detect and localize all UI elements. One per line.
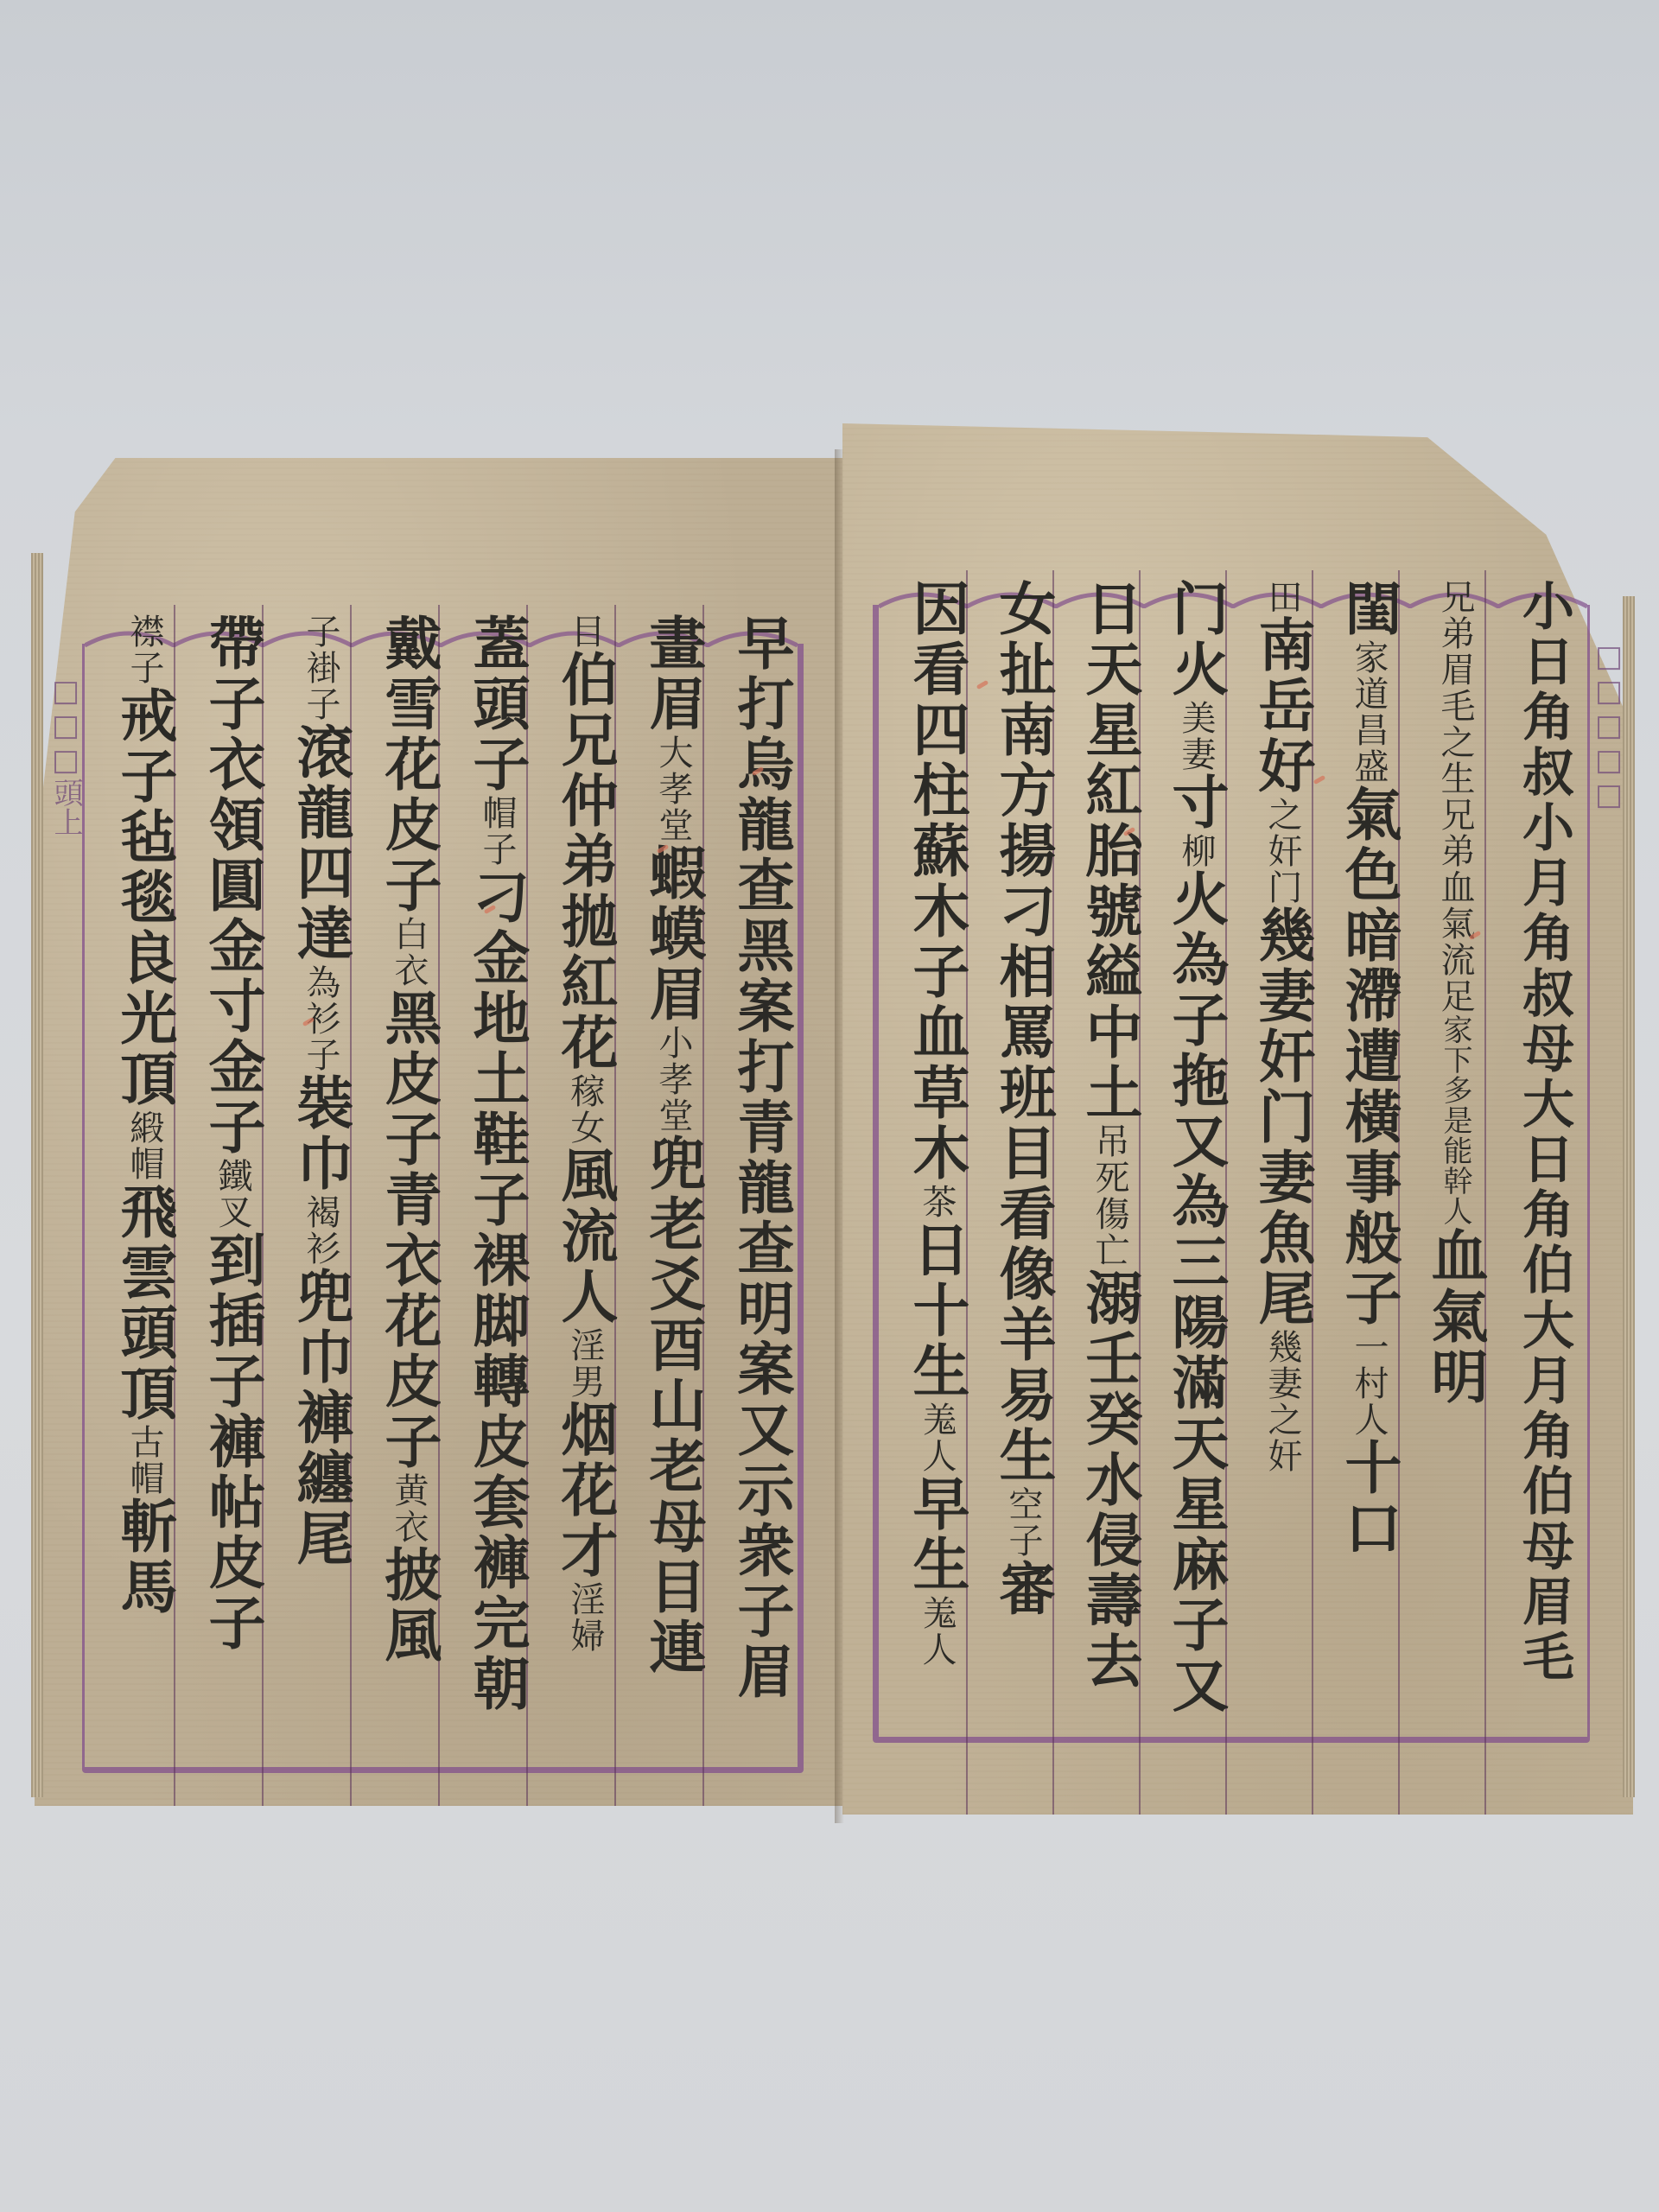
column-text: 因看四柱蘇木子血草木 [903,579,970,1184]
annotation-text: 兄弟眉毛之生兄弟血氣流足 [1435,579,1475,1014]
column-text: 飛雲頭頂 [111,1182,178,1424]
text-column: 门火美妻寸柳火為子拖又為三陽滿天星麻子又 [1139,570,1225,1815]
annotation-text: 鐵叉 [213,1158,252,1230]
column-text: 日天星紅胎號縊中土 [1076,579,1143,1123]
column-text: 女扯南方揚刁相罵班目看像羊易生 [989,579,1057,1486]
annotation-text: 古帽 [124,1424,164,1497]
right-margin-print: □□□□□ [1592,639,1626,812]
column-text: 日十生 [903,1220,970,1402]
annotation-text: 家下多是能幹人 [1438,1014,1472,1226]
text-column: 目伯兄仲弟拋紅花稼女風流人淫男烟花才淫婦 [526,605,614,1806]
book-gutter [835,449,850,1823]
column-text: 黑皮子青衣花皮子 [375,988,442,1472]
column-text: 早生 [903,1474,970,1595]
annotation-text: 柳 [1176,833,1216,869]
column-text: 風流人 [551,1146,619,1327]
column-text: 烟花才 [551,1400,619,1581]
column-text: 刁金地土鞋子裸脚轉皮套褲完朝 [463,868,531,1714]
annotation-text: 田 [1262,579,1302,615]
column-text: 閨 [1335,579,1402,639]
annotation-text: 淫婦 [565,1581,605,1654]
annotation-text: 淫男 [565,1327,605,1400]
annotation-text: 吊死傷亡 [1090,1123,1129,1268]
annotation-text: 一村人 [1349,1329,1389,1438]
annotation-text: 稼女 [565,1073,605,1146]
text-column: 女扯南方揚刁相罵班目看像羊易生空子審 [966,570,1052,1815]
column-text: 滾龍四達 [287,722,354,964]
column-text: 審 [989,1559,1057,1619]
annotation-text: 目 [565,613,605,650]
text-column: 蓋頭子帽子刁金地土鞋子裸脚轉皮套褲完朝 [438,605,526,1806]
column-text: 兜老爻酉山老母目連 [639,1134,707,1678]
annotation-text: 美妻 [1176,700,1216,772]
annotation-text: 大孝堂 [653,734,693,843]
left-margin-print: □□□頭上 [45,674,87,836]
left-page-stack-edge [31,553,43,1797]
column-text: 寸 [1162,772,1230,833]
column-text: 帶子衣領圓金寸金子 [199,613,266,1158]
text-column: 早打烏龍查黑案打青龍查明案又示衆子眉 [702,605,791,1806]
column-text: 戒子毡毯良光頂 [111,686,178,1109]
annotation-text: 褐衫 [301,1194,340,1267]
column-text: 兜巾褲纏尾 [287,1267,354,1569]
annotation-text: 白衣 [389,916,429,988]
text-column: 子褂子滾龍四達為衫子裝巾褐衫兜巾褲纏尾 [262,605,350,1806]
annotation-text: 羗人 [917,1402,957,1474]
annotation-text: 茶 [917,1184,957,1220]
annotation-text: 幾妻之奸 [1262,1329,1302,1474]
column-text: 畫眉 [639,613,707,734]
text-column: 戴雪花皮子白衣黑皮子青衣花皮子黄衣披風 [350,605,438,1806]
column-text: 披風 [375,1545,442,1666]
text-column: 日天星紅胎號縊中土吊死傷亡溺壬癸水侵壽去 [1052,570,1139,1815]
left-page-columns: 早打烏龍查黑案打青龍查明案又示衆子眉 畫眉大孝堂蝦蟆眉小孝堂兜老爻酉山老母目連 … [86,605,791,1806]
column-text: 斬馬 [111,1497,178,1618]
column-text: 小日角叔小月角叔母大日角伯大月角伯母眉毛 [1514,579,1574,1685]
text-column: 田南岳好之奸门幾妻奸门妻魚尾幾妻之奸 [1225,570,1312,1815]
annotation-text: 之奸门 [1262,797,1302,906]
column-text: 早打烏龍查黑案打青龍查明案又示衆子眉 [728,613,795,1702]
column-text: 幾妻奸门妻魚尾 [1249,906,1316,1329]
column-text: 门火 [1162,579,1230,700]
annotation-text: 家道昌盛 [1349,639,1389,785]
annotation-text: 空子 [1003,1486,1043,1559]
column-text: 氣色暗滯遭橫事般子 [1335,785,1402,1329]
text-column: 小日角叔小月角叔母大日角伯大月角伯母眉毛 [1484,570,1571,1815]
open-manuscript-book: □□□頭上 □□□□□ 早打烏龍查黑案打青龍查明案又示衆子眉 畫眉大孝堂蝦蟆眉小… [0,0,1659,2212]
text-column: 畫眉大孝堂蝦蟆眉小孝堂兜老爻酉山老母目連 [614,605,702,1806]
text-column: 襟子戒子毡毯良光頂緞帽飛雲頭頂古帽斬馬 [86,605,174,1806]
column-text: 伯兄仲弟拋紅花 [551,650,619,1073]
annotation-text: 子 [301,613,340,650]
annotation-text: 緞帽 [124,1109,164,1182]
right-page-columns: 小日角叔小月角叔母大日角伯大月角伯母眉毛 兄弟眉毛之生兄弟血氣流足家下多是能幹人… [880,570,1571,1815]
annotation-text: 為衫子 [301,964,340,1073]
column-text: 南岳好 [1249,615,1316,797]
text-column: 帶子衣領圓金寸金子鐵叉到插子褲帖皮子 [174,605,262,1806]
column-text: 裝巾 [287,1073,354,1194]
annotation-text: 褂子 [301,650,340,722]
column-text: 溺壬癸水侵壽去 [1076,1268,1143,1692]
column-text: 火為子拖又為三陽滿天星麻子又 [1162,869,1230,1716]
column-text: 血氣明 [1421,1226,1489,1408]
annotation-text: 黄衣 [389,1472,429,1545]
column-text: 到插子褲帖皮子 [199,1230,266,1654]
column-text: 戴雪花皮子 [375,613,442,916]
annotation-text: 襟子 [124,613,164,686]
annotation-text: 羗人 [917,1595,957,1668]
column-text: 十口 [1335,1438,1402,1559]
column-text: 蝦蟆眉 [639,843,707,1025]
annotation-text: 小孝堂 [653,1025,693,1134]
text-column: 兄弟眉毛之生兄弟血氣流足家下多是能幹人血氣明 [1398,570,1484,1815]
annotation-text: 帽子 [477,795,517,868]
text-column: 閨家道昌盛氣色暗滯遭橫事般子一村人十口 [1312,570,1398,1815]
column-text: 蓋頭子 [463,613,531,795]
text-column: 因看四柱蘇木子血草木茶日十生羗人早生羗人 [880,570,966,1815]
